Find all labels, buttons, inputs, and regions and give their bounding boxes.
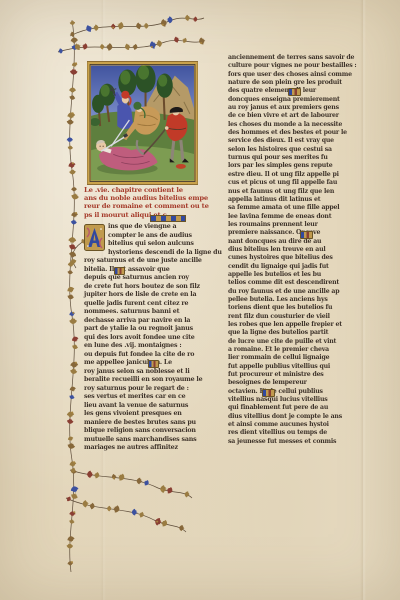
text-line: qui des lors avoit fondee une cite [84,334,210,343]
text-line: les robes que len appelle frepier et [228,321,348,329]
text-line: nant doncques au dire de au [228,238,348,246]
text-line: ans du noble audius bitelius empe [84,194,210,202]
text-line: dius bitelius len treuve en aul [228,246,348,254]
line-filler-icon [150,215,186,222]
text-line: et ainsi comme aucunes hystoi [228,421,348,429]
text-line: fut procureur et ministre des [228,371,348,379]
text-line: qui finablement fut pere de au [228,404,348,412]
parchment-crease [360,0,366,600]
text-line: mariages ne autres affinitez [84,444,210,453]
manuscript-page: Le .vie. chapitre contient leans du nobl… [0,0,400,600]
text-line: de ce bien vivre et art de labourer [228,112,348,120]
text-line: anciennement de terres sans savoir de [228,54,348,62]
left-column-lines: ins que de viengne acompter le ans de au… [84,223,210,453]
text-line: nus et faunus ot ung filz que len [228,188,348,196]
text-line: reur de romaine et comment ou te [84,202,210,210]
text-line: roy saturnus et de une juste ancille [84,257,210,266]
text-line: lieu avant la venue de saturnus [84,402,210,411]
text-line: res dient vitellius ou temps de [228,429,348,437]
text-line: du roy faunus et de une ancille ap [228,288,348,296]
red-object [176,164,186,169]
text-line: part de ytalie la ou regnoit janus [84,325,210,334]
champ-initial-icon [262,389,275,397]
text-line: blique religion sans conversacion [84,427,210,436]
text-line: nature de son plein gre les produit [228,79,348,87]
text-line: estre dieu. Il ot ung filz appelle pi [228,171,348,179]
champ-initial-icon [114,267,125,275]
text-line: culture pour vignes ne pour bestailles : [228,62,348,70]
text-line: que la ligne des butelios partit [228,329,348,337]
text-line: vitellius nasqui lucius vitellius [228,396,348,404]
text-line: a romaine. Et le premier cheva [228,346,348,354]
text-line: lors par les simples gens repute [228,162,348,170]
text-line: cus et picus ot ung fil appelle fau [228,179,348,187]
text-line: quelle jadis furent cent citez re [84,300,210,309]
text-line: me appellee janiculum. Le [84,359,210,368]
text-line: Le .vie. chapitre contient le [84,186,210,194]
text-line: octavien. Et de cellui publius [228,388,348,396]
text-line: selon les histoires que cestui sa [228,146,348,154]
text-line: bitelia. Il est assavoir que [84,266,210,275]
text-line: ou depuis fut fondee la cite de ro [84,351,210,360]
text-line: dechasse arriva par navire en la [84,317,210,326]
text-line: les roumains prennent leur [228,221,348,229]
text-line: les gens vivoient presques en [84,410,210,419]
text-line: service des dieux. Il est vray que [228,137,348,145]
text-line: rent filz dun cousturier de vieil [228,313,348,321]
text-line: sa jeunesse fut messes et conmis [228,438,348,446]
text-line: lee lavina femme de eneas dont [228,213,348,221]
text-line: toriens dient que les butelios fu [228,304,348,312]
text-line: sa femme amata ot une fille appel [228,204,348,212]
text-line: pellee butelia. Les anciens hys [228,296,348,304]
text-line: doncques enseigna premierement [228,96,348,104]
text-line: cunes hystoires que bitelius des [228,254,348,262]
text-line: maniere de bestes brutes sans pu [84,419,210,428]
champ-initial-icon [300,231,313,239]
text-line: mutuelle sans marchandises sans [84,436,210,445]
text-column-left: ins que de viengne acompter le ans de au… [84,223,210,453]
text-line: fors que user des choses ainsi comme [228,71,348,79]
text-line: fut appelle publius vitellius qui [228,363,348,371]
text-line: premiere naissance. Or reve [228,229,348,237]
text-line: des hommes et des bestes et pour le [228,129,348,137]
text-line: turnus qui pour ses merites fu [228,154,348,162]
text-line: de lucre une cite de puille et vint [228,338,348,346]
text-line: cendit du lignaige qui jadis fut [228,263,348,271]
text-line: les choses du monde a la necessite [228,121,348,129]
text-line: besoignes de lempereur [228,379,348,387]
text-line: appelle les butelios et les bu [228,271,348,279]
text-line: ses vertus et merites car en ce [84,393,210,402]
text-line: roy saturnus pour le regart de : [84,385,210,394]
champ-initial-icon [288,88,301,96]
champ-initial-icon [148,360,159,368]
text-line: ps il mourut aliqui et c. [84,211,210,219]
text-line: en lune des .vij. montaignes : [84,342,210,351]
drop-cap-initial [84,224,105,251]
text-line: telios comme dit est descendirent [228,279,348,287]
text-line: au roy janus et aux premiers gens [228,104,348,112]
text-line: roy janus selon sa noblesse et li [84,368,210,377]
text-line: de crete fut hors boutez de son filz [84,283,210,292]
text-line: dius vitellius dont je compte le ans [228,413,348,421]
text-line: nommees. saturnus banni et [84,308,210,317]
text-line: beralite recueilli en son royaume le [84,376,210,385]
rubric: Le .vie. chapitre contient leans du nobl… [84,186,210,219]
text-line: appella latinus dit latinus et [228,196,348,204]
text-column-right: anciennement de terres sans savoir decul… [228,54,348,446]
text-line: jupiter hors de lisle de crete en la [84,291,210,300]
text-line: lier rommain de cellui lignaige [228,354,348,362]
miniature-painting [87,61,198,185]
text-line: depuis que saturnus ancien roy [84,274,210,283]
